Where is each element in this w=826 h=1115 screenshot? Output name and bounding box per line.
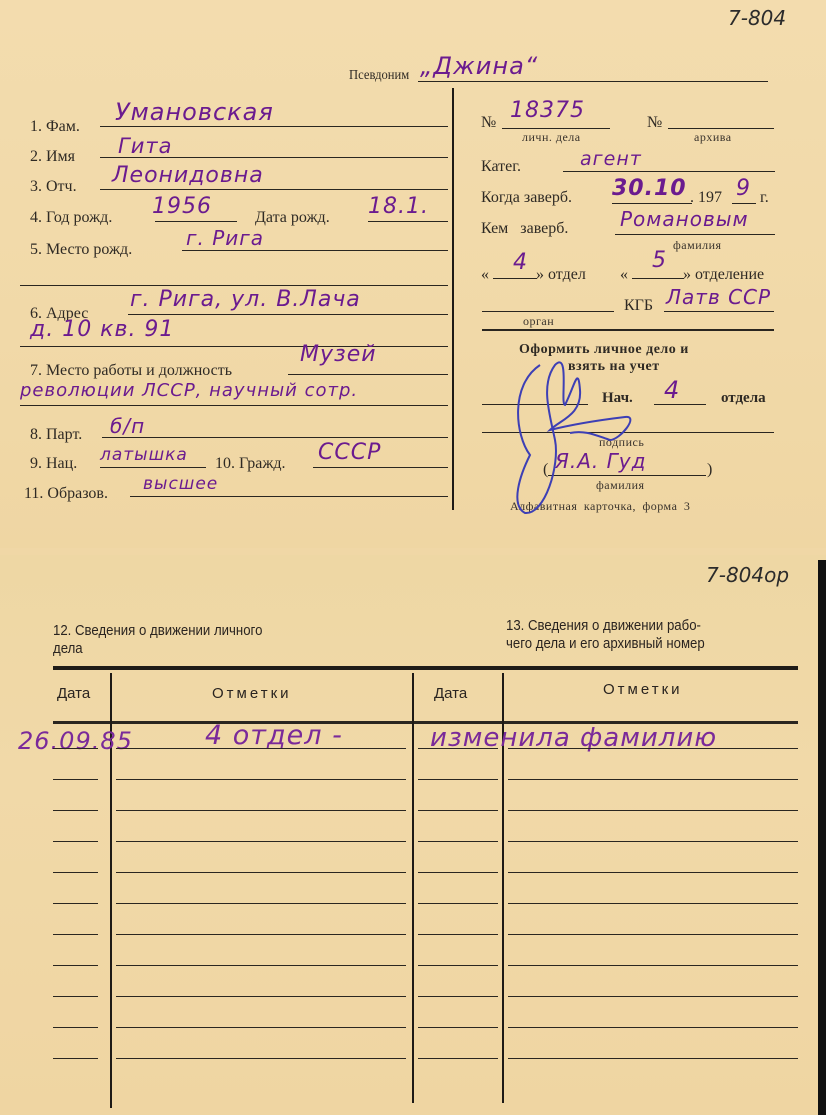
underline [100,189,448,190]
row-rule [116,810,406,811]
pseudonym-underline [418,81,768,82]
row-rule [116,1027,406,1028]
row-rule [53,841,98,842]
category-label: Катег. [481,158,521,176]
field-workplace-value[interactable]: Музей [300,342,377,367]
row-rule [418,872,498,873]
section-13-title-line-2: чего дела и его архивный номер [506,635,705,652]
head-suffix: отдела [721,390,766,407]
personal-file-caption: личн. дела [522,130,581,145]
field-birth-date-value[interactable]: 18.1. [368,194,429,219]
row-rule [508,872,798,873]
column-header-date-1: Дата [57,685,90,702]
underline [100,157,448,158]
card-back: 7-804ор 12. Сведения о движении личного … [0,555,826,1115]
row-rule [508,779,798,780]
row-rule [53,965,98,966]
card-front: 7-804 Псевдоним „Джина“ 1. Фам. Умановск… [0,0,826,548]
underline [100,126,448,127]
row-rule [418,1058,498,1059]
row-rule [53,810,98,811]
column-header-notes-1: Отметки [212,685,292,702]
section-open: « [620,266,628,284]
row-rule [116,996,406,997]
row-rule [418,779,498,780]
underline [493,278,537,279]
personal-file-no-label: № [481,114,496,132]
field-party-value[interactable]: б/п [110,414,145,438]
row-rule [418,996,498,997]
head-value[interactable]: 4 [664,376,680,404]
vertical-divider [452,88,454,510]
year-suffix: г. [760,189,769,207]
underline [100,467,206,468]
row-rule [53,903,98,904]
kgb-label: КГБ [624,297,653,315]
recruited-by-label: Кем заверб. [481,220,568,238]
field-patronymic-label: 3. Отч. [30,178,77,196]
paren-close: ) [707,461,712,479]
field-surname-label: 1. Фам. [30,118,80,136]
underline [155,221,237,222]
year-prefix: . 197 [690,189,722,207]
row-rule [418,748,498,749]
table-top-rule [53,666,798,670]
archive-no-label: № [647,114,662,132]
row-rule [508,934,798,935]
field-workplace-value-2[interactable]: революции ЛССР, научный сотр. [20,380,358,401]
section-13-title-line-1: 13. Сведения о движении рабо- [506,617,701,634]
field-nationality-label: 9. Нац. [30,455,77,473]
archive-number-back: 7-804ор [706,563,789,587]
underline [20,346,448,347]
recruited-when-value[interactable]: 30.10 [612,176,687,201]
underline [288,374,448,375]
row-rule [418,934,498,935]
row-rule [116,779,406,780]
field-birth-year-value[interactable]: 1956 [152,194,212,219]
underline [632,278,684,279]
row-rule [418,965,498,966]
underline [563,171,775,172]
row-rule [418,841,498,842]
dept-close: » отдел [536,266,586,284]
row-rule [53,1058,98,1059]
section-12-title-line-1: 12. Сведения о движении личного [53,622,262,639]
row-rule [508,1058,798,1059]
scan-edge [818,560,826,1115]
underline [128,314,448,315]
row-rule [418,1027,498,1028]
underline [102,437,448,438]
field-surname-value[interactable]: Умановская [115,98,274,126]
section-close: » отделение [683,266,764,284]
row-1-notes-1[interactable]: 4 отдел - [205,720,343,751]
row-rule [116,934,406,935]
section-12-title-line-2: дела [53,640,83,657]
field-citizenship-label: 10. Гражд. [215,455,286,473]
underline [313,467,448,468]
row-rule [53,1027,98,1028]
row-rule [418,903,498,904]
row-rule [508,965,798,966]
column-divider [412,673,414,1103]
row-rule [116,1058,406,1059]
field-birth-year-label: 4. Год рожд. [30,209,112,227]
underline [654,404,706,405]
column-header-date-2: Дата [434,685,467,702]
underline [482,329,774,331]
organ-caption: орган [523,314,554,329]
dept-open: « [481,266,489,284]
underline [732,203,756,204]
field-address-value-2[interactable]: д. 10 кв. 91 [30,317,174,342]
row-rule [116,872,406,873]
field-birthplace-value[interactable]: г. Рига [186,226,264,250]
row-rule [116,841,406,842]
row-rule [508,748,798,749]
row-rule [116,965,406,966]
field-education-label: 11. Образов. [24,485,108,503]
field-citizenship-value[interactable]: СССР [318,440,381,465]
field-birth-date-label: Дата рожд. [255,209,330,227]
field-name-value[interactable]: Гита [118,134,172,158]
column-header-notes-2: Отметки [603,681,683,698]
field-workplace-label: 7. Место работы и должность [30,362,232,380]
row-rule [53,934,98,935]
signature-icon [500,345,660,520]
row-rule [508,996,798,997]
underline [664,311,774,312]
archive-number: 7-804 [728,6,786,30]
field-birthplace-label: 5. Место рожд. [30,241,132,259]
recruited-by-value[interactable]: Романовым [620,207,749,231]
row-rule [53,996,98,997]
field-address-value[interactable]: г. Рига, ул. В.Лача [130,287,361,312]
section-value[interactable]: 5 [652,248,667,273]
archive-caption: архива [694,130,732,145]
row-rule [508,903,798,904]
underline [182,250,448,251]
category-value[interactable]: агент [580,148,642,170]
row-rule [116,748,406,749]
underline [130,496,448,497]
row-rule [116,903,406,904]
kgb-value[interactable]: Латв ССР [666,285,771,309]
underline [368,221,448,222]
field-name-label: 2. Имя [30,148,75,166]
pseudonym-label: Псевдоним [349,68,409,84]
field-nationality-value[interactable]: латышка [100,445,188,465]
field-party-label: 8. Парт. [30,426,82,444]
underline [615,234,775,235]
underline [20,405,448,406]
underline [612,203,692,204]
row-1-date-1[interactable]: 26.09.85 [18,727,133,755]
field-patronymic-value[interactable]: Леонидовна [112,163,264,188]
recruited-when-label: Когда заверб. [481,189,572,207]
row-rule [508,810,798,811]
row-rule [53,872,98,873]
dept-value[interactable]: 4 [513,250,528,275]
row-rule [53,779,98,780]
field-education-value[interactable]: высшее [143,474,218,494]
personal-file-no-value[interactable]: 18375 [510,98,585,123]
row-rule [508,841,798,842]
row-rule [508,1027,798,1028]
year-digit[interactable]: 9 [736,176,751,201]
pseudonym-value[interactable]: „Джина“ [420,52,538,80]
row-rule [53,748,98,749]
row-rule [418,810,498,811]
surname-caption: фамилия [673,238,722,253]
underline [482,311,614,312]
